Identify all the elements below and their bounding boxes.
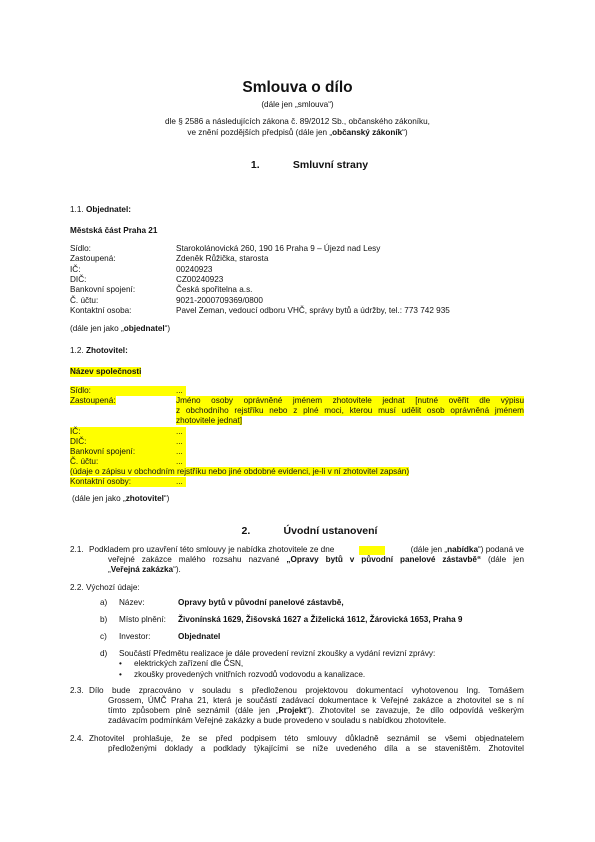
client-field-label: Zastoupená: [70, 254, 116, 264]
clause-2-3-line2: Grossem, ÚMČ Praha 21, která je součástí… [108, 696, 524, 706]
contractor-field-value: ... [176, 457, 183, 467]
contractor-field-label: DIČ: [70, 437, 86, 447]
bullet-item: elektrických zařízení dle ČSN, [134, 659, 243, 669]
item-value: Opravy bytů v původní panelové zástavbě, [178, 598, 344, 608]
clause-2-1: Podkladem pro uzavření této smlouvy je n… [89, 545, 524, 555]
section-2-heading: 2.Úvodní ustanovení [0, 525, 595, 538]
contractor-alias: (dále jen jako „zhotovitel“) [72, 494, 169, 504]
client-field-value: Zdeněk Růžička, starosta [176, 254, 268, 264]
contractor-sidlo-value: ... [176, 386, 183, 396]
bullet-item: zkoušky provedených vnitřních rozvodů vo… [134, 670, 365, 680]
contractor-field-highlight [70, 427, 186, 437]
clause-2-4-line2: předloženými doklady a podklady týkající… [108, 744, 524, 754]
contractor-field-value: ... [176, 437, 183, 447]
item-d-letter: d) [100, 649, 107, 659]
client-name: Městská část Praha 21 [70, 226, 157, 236]
contractor-name: Název společnosti [70, 367, 141, 377]
client-field-value: Starokolánovická 260, 190 16 Praha 9 – Ú… [176, 244, 380, 254]
contractor-zastoupena-value: Jméno osoby oprávněné jménem zhotovitele… [176, 396, 524, 427]
client-field-label: Kontaktní osoba: [70, 306, 131, 316]
client-field-value: Česká spořitelna a.s. [176, 285, 252, 295]
client-alias: (dále jen jako „objednatel“) [70, 324, 170, 334]
contractor-sidlo-label: Sídlo: [70, 386, 91, 396]
client-field-label: Č. účtu: [70, 296, 98, 306]
document-title: Smlouva o dílo [0, 79, 595, 97]
clause-2-3-line3: tímto způsobem plně seznámil (dále jen „… [108, 706, 524, 716]
clause-2-2-heading: 2.2. Výchozí údaje: [70, 583, 140, 593]
client-field-value: 00240923 [176, 265, 212, 275]
client-field-label: Sídlo: [70, 244, 91, 254]
item-label: Místo plnění: [119, 615, 166, 625]
section-1-heading: 1.Smluvní strany [0, 159, 595, 172]
item-letter: a) [100, 598, 107, 608]
clause-2-4-number: 2.4. [70, 734, 84, 744]
client-field-label: Bankovní spojení: [70, 285, 135, 295]
item-label: Název: [119, 598, 144, 608]
clause-2-3-line1: Dílo bude zpracováno v souladu s předlož… [89, 686, 524, 696]
contractor-contact-label: Kontaktní osoby: [70, 477, 131, 487]
contractor-field-highlight [70, 437, 186, 447]
document-subtitle: (dále jen „smlouva“) [0, 100, 595, 110]
item-letter: c) [100, 632, 107, 642]
contractor-field-label: IČ: [70, 427, 80, 437]
offer-date-blank[interactable] [359, 546, 385, 555]
item-d-text: Součástí Předmětu realizace je dále prov… [119, 649, 435, 659]
clause-2-3-line4: zadávacím podmínkám Veřejné zakázky a bu… [108, 716, 446, 726]
contractor-field-label: Č. účtu: [70, 457, 98, 467]
client-field-label: IČ: [70, 265, 80, 275]
registry-note: (údaje o zápisu v obchodním rejstříku ne… [70, 467, 409, 476]
client-field-value: 9021-2000709369/0800 [176, 296, 263, 306]
clause-2-4-line1: Zhotovitel prohlašuje, že se před podpis… [89, 734, 524, 744]
contractor-field-label: Bankovní spojení: [70, 447, 135, 457]
bullet-icon: • [119, 659, 122, 669]
clause-2-1-number: 2.1. [70, 545, 84, 555]
clause-2-3-number: 2.3. [70, 686, 84, 696]
bullet-icon: • [119, 670, 122, 680]
contractor-heading: 1.2. Zhotovitel: [70, 346, 128, 356]
law-reference-line2: ve znění pozdějších předpisů (dále jen „… [0, 128, 595, 138]
item-value: Živonínská 1629, Žišovská 1627 a Žiželic… [178, 615, 462, 625]
client-field-label: DIČ: [70, 275, 86, 285]
contractor-field-value: ... [176, 427, 183, 437]
item-label: Investor: [119, 632, 150, 642]
law-reference-line1: dle § 2586 a následujících zákona č. 89/… [0, 117, 595, 127]
contractor-zastoupena-label: Zastoupená: [70, 396, 116, 405]
contractor-field-value: ... [176, 447, 183, 457]
client-heading: 1.1. Objednatel: [70, 205, 131, 215]
item-letter: b) [100, 615, 107, 625]
clause-2-1-line3: „Veřejná zakázka“). [108, 565, 181, 575]
clause-2-1-line2: veřejné zakázce malého rozsahu nazvané „… [108, 555, 524, 565]
client-field-value: CZ00240923 [176, 275, 223, 285]
contractor-contact-value: ... [176, 477, 183, 487]
item-value: Objednatel [178, 632, 220, 642]
client-field-value: Pavel Zeman, vedoucí odboru VHČ, správy … [176, 306, 450, 316]
